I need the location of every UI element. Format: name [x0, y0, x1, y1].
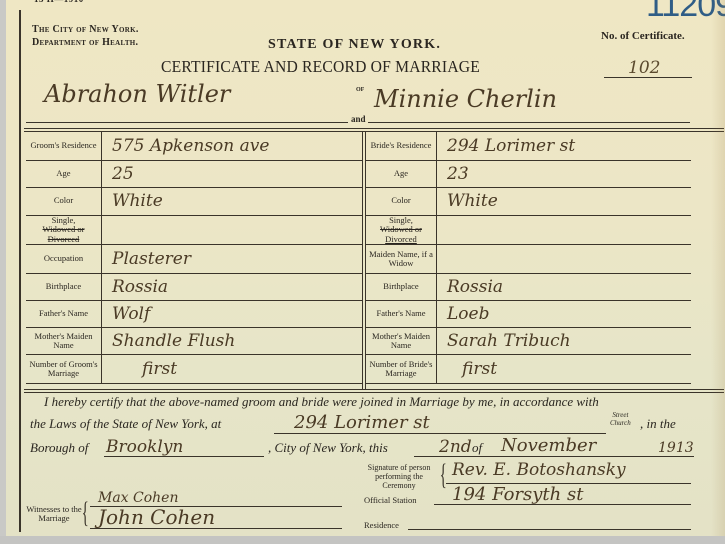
groom-marriage-number-value: first: [102, 355, 363, 384]
bride-father-value: Loeb: [437, 301, 692, 328]
table-row: Father's Name Loeb: [366, 301, 691, 328]
date-of-label: of: [472, 440, 482, 456]
residence-label: Residence: [364, 520, 399, 530]
column-divider: [362, 131, 363, 389]
bride-age-value: 23: [437, 160, 692, 187]
table-row: Color White: [366, 187, 691, 215]
bride-maiden-name-label: Maiden Name, if a Widow: [366, 245, 437, 274]
residence-fill-line: [408, 529, 691, 530]
table-row: Number of Groom's Marriage first: [26, 355, 362, 384]
borough-value: Brooklyn: [106, 437, 183, 457]
brace-icon: {: [440, 458, 447, 492]
bride-marriage-number-value: first: [437, 355, 692, 384]
divorced-option: Divorced: [26, 235, 101, 245]
and-label: and: [351, 114, 366, 124]
table-row: Mother's Maiden Name Shandle Flush: [26, 328, 362, 355]
document-title: CERTIFICATE AND RECORD OF MARRIAGE: [161, 57, 480, 77]
table-row: Birthplace Rossia: [366, 274, 691, 301]
groom-residence-label: Groom's Residence: [26, 132, 102, 160]
certificate-number-stamp: 11209: [646, 0, 725, 25]
groom-father-label: Father's Name: [26, 301, 102, 328]
mid-rule-double: [24, 392, 724, 393]
bride-father-label: Father's Name: [366, 301, 437, 328]
table-row: Color White: [26, 187, 362, 215]
official-station-label: Official Station: [364, 495, 417, 505]
table-row: Bride's Residence 294 Lorimer st: [366, 132, 691, 160]
bride-details-table: Bride's Residence 294 Lorimer st Age 23 …: [366, 132, 691, 384]
marriage-certificate: 15 H—1910 The City of New York. Departme…: [6, 0, 725, 536]
table-row: Birthplace Rossia: [26, 274, 362, 301]
record-number: 102: [628, 58, 660, 78]
table-row: Father's Name Wolf: [26, 301, 362, 328]
table-row: Maiden Name, if a Widow: [366, 245, 691, 274]
mid-rule: [24, 389, 724, 390]
table-row: Number of Bride's Marriage first: [366, 355, 691, 384]
groom-birthplace-value: Rossia: [102, 274, 363, 301]
groom-occupation-value: Plasterer: [102, 245, 363, 274]
bride-marital-status-value: [437, 215, 692, 245]
table-row: Single, Widowed or Divorced: [26, 215, 362, 245]
street-label: Street: [610, 411, 631, 419]
groom-marital-status-label: Single, Widowed or Divorced: [26, 215, 102, 245]
bride-residence-value: 294 Lorimer st: [437, 132, 692, 160]
place-fill-line: [274, 433, 606, 434]
year-value: 1913: [658, 440, 694, 456]
groom-color-label: Color: [26, 187, 102, 215]
divorced-option: Divorced: [366, 235, 436, 245]
bride-name: Minnie Cherlin: [374, 85, 557, 113]
groom-birthplace-label: Birthplace: [26, 274, 102, 301]
bride-marriage-number-label: Number of Bride's Marriage: [366, 355, 437, 384]
table-row: Age 23: [366, 160, 691, 187]
signature-label: Signature of person performing the Cerem…: [358, 463, 440, 490]
certification-line-1: I hereby certify that the above-named gr…: [44, 394, 599, 410]
in-the-label: , in the: [640, 416, 676, 432]
bride-birthplace-label: Birthplace: [366, 274, 437, 301]
witness-2-name: John Cohen: [98, 505, 215, 529]
certification-place-prefix: the Laws of the State of New York, at: [30, 416, 221, 431]
official-station-value: 194 Forsyth st: [452, 484, 583, 505]
bride-color-label: Color: [366, 187, 437, 215]
day-value: 2nd: [439, 437, 472, 457]
table-row: Mother's Maiden Name Sarah Tribuch: [366, 328, 691, 355]
certificate-number-label: No. of Certificate.: [601, 30, 685, 42]
groom-mother-value: Shandle Flush: [102, 328, 363, 355]
brace-icon: {: [82, 496, 89, 530]
groom-age-label: Age: [26, 160, 102, 187]
city-label: , City of New York, this: [268, 440, 388, 456]
bride-maiden-name-value: [437, 245, 692, 274]
left-border-rule: [19, 10, 21, 532]
borough-prefix: Borough of: [30, 440, 88, 456]
top-rule: [24, 128, 724, 129]
month-value: November: [501, 435, 596, 456]
table-row: Occupation Plasterer: [26, 245, 362, 274]
groom-color-value: White: [102, 187, 363, 215]
bride-age-label: Age: [366, 160, 437, 187]
street-church-label: Street Church: [610, 411, 631, 427]
groom-name: Abrahon Witler: [44, 80, 230, 108]
form-number: 15 H—1910: [34, 0, 84, 4]
groom-age-value: 25: [102, 160, 363, 187]
bride-color-value: White: [437, 187, 692, 215]
bride-mother-value: Sarah Tribuch: [437, 328, 692, 355]
bride-birthplace-value: Rossia: [437, 274, 692, 301]
witness-1-name: Max Cohen: [98, 490, 179, 506]
groom-residence-value: 575 Apkenson ave: [102, 132, 363, 160]
bride-residence-label: Bride's Residence: [366, 132, 437, 160]
bride-name-line: [368, 122, 690, 123]
groom-occupation-label: Occupation: [26, 245, 102, 274]
groom-name-line: [26, 122, 348, 123]
issuer-city: The City of New York.: [32, 23, 139, 36]
bride-mother-label: Mother's Maiden Name: [366, 328, 437, 355]
table-row: Age 25: [26, 160, 362, 187]
officiant-signature: Rev. E. Botoshansky: [452, 460, 626, 480]
state-heading: STATE OF NEW YORK.: [268, 37, 441, 53]
witnesses-label: Witnesses to the Marriage: [26, 505, 82, 523]
church-label: Church: [610, 419, 631, 427]
bride-marital-status-label: Single, Widowed or Divorced: [366, 215, 437, 245]
issuer-department: Department of Health.: [32, 36, 139, 49]
groom-father-value: Wolf: [102, 301, 363, 328]
groom-mother-label: Mother's Maiden Name: [26, 328, 102, 355]
scan-margin: [0, 536, 725, 544]
groom-marriage-number-label: Number of Groom's Marriage: [26, 355, 102, 384]
table-row: Single, Widowed or Divorced: [366, 215, 691, 245]
ceremony-place: 294 Lorimer st: [294, 412, 430, 433]
table-row: Groom's Residence 575 Apkenson ave: [26, 132, 362, 160]
issuer-block: The City of New York. Department of Heal…: [32, 23, 139, 49]
groom-marital-status-value: [102, 215, 363, 245]
groom-details-table: Groom's Residence 575 Apkenson ave Age 2…: [26, 132, 362, 384]
of-label: OF: [356, 87, 364, 93]
